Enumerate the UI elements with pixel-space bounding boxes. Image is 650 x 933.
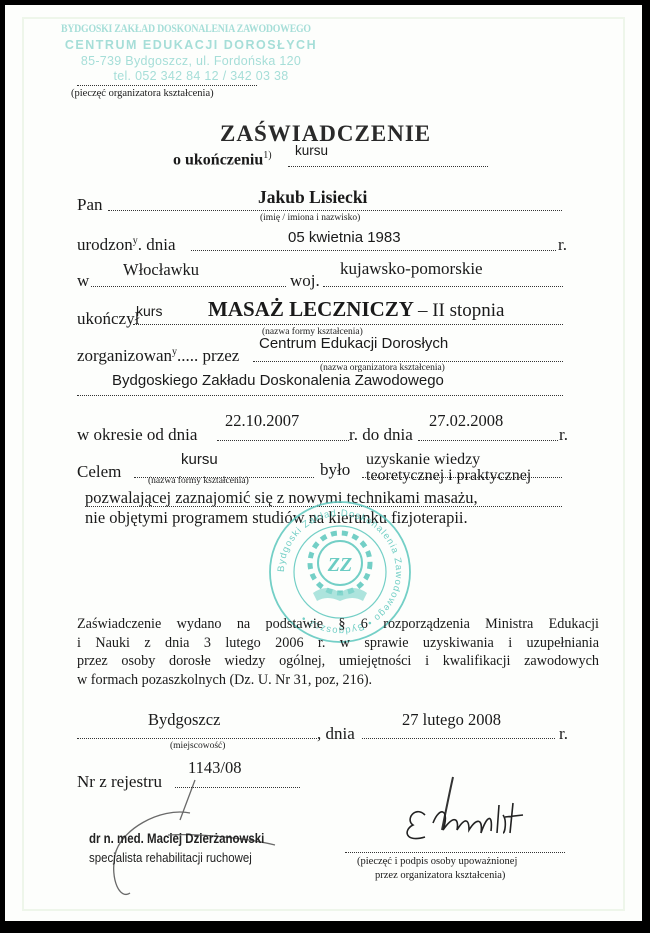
right-signature xyxy=(395,775,555,850)
organizer-line-2-dotted xyxy=(77,395,563,396)
legal-line-4: w formach pozaszkolnych (Dz. U. Nr 31, p… xyxy=(77,671,599,690)
certificate-page: BYDGOSKI ZAKŁAD DOSKONALENIA ZAWODOWEGO … xyxy=(5,5,642,921)
organizer-line-2: Bydgoskiego Zakładu Doskonalenia Zawodow… xyxy=(112,372,444,389)
stamp-dotted-line xyxy=(77,85,257,86)
goal-label-2: było xyxy=(320,460,350,480)
subtitle-value: kursu xyxy=(295,143,328,158)
birth-place-label: w xyxy=(77,271,89,291)
left-signatory-title: specjalista rehabilitacji ruchowej xyxy=(89,850,252,865)
stamp-line-2: CENTRUM EDUKACJI DOROSŁYCH xyxy=(57,38,325,52)
organizer-dotted-line xyxy=(253,361,563,362)
period-mid: r. do dnia xyxy=(349,425,413,445)
birth-date-dotted-line xyxy=(191,250,556,251)
issue-date-label: , dnia xyxy=(317,724,355,744)
stamp-line-3: 85-739 Bydgoszcz, ul. Fordońska 120 xyxy=(57,54,325,68)
period-end: r. xyxy=(559,425,568,445)
legal-line-3: przez osoby dorosłe wiedzy ogólnej, umie… xyxy=(77,652,599,671)
organizer-label: zorganizowany..... przez xyxy=(77,346,239,366)
left-signatory-name: dr n. med. Maciej Dzierżanowski xyxy=(89,831,264,846)
period-from: 22.10.2007 xyxy=(225,411,299,431)
svg-text:ZZ: ZZ xyxy=(327,554,352,576)
issue-date: 27 lutego 2008 xyxy=(402,710,501,730)
issue-place-dotted-line xyxy=(77,738,317,739)
subtitle-dotted-line xyxy=(288,166,488,167)
voivodeship: kujawsko-pomorskie xyxy=(340,259,483,279)
person-name-caption: (imię / imiona i nazwisko) xyxy=(260,213,360,223)
period-label: w okresie od dnia xyxy=(77,425,197,445)
birth-place-dotted-line xyxy=(91,286,286,287)
goal-line-2: teoretycznej i praktycznej xyxy=(366,467,531,485)
stamp-line-4: tel. 052 342 84 12 / 342 03 38 xyxy=(57,69,325,83)
right-signature-caption-1: (pieczęć i podpis osoby upoważnionej xyxy=(357,856,517,867)
goal-form-caption: (nazwa formy kształcenia) xyxy=(148,476,249,486)
voivodeship-label: woj. xyxy=(290,271,320,291)
issue-place-caption: (miejscowość) xyxy=(170,741,225,751)
voivodeship-dotted-line xyxy=(323,286,563,287)
right-signature-dotted-line xyxy=(345,852,565,853)
goal-label: Celem xyxy=(77,462,121,482)
stamp-line-1: BYDGOSKI ZAKŁAD DOSKONALENIA ZAWODOWEGO xyxy=(61,21,277,36)
course-name: MASAŻ LECZNICZY xyxy=(208,297,414,321)
course-level: – II stopnia xyxy=(418,300,505,321)
period-to: 27.02.2008 xyxy=(429,411,503,431)
birth-year-suffix: r. xyxy=(558,235,567,255)
course-label: ukończył xyxy=(77,309,139,329)
course-name-line: MASAŻ LECZNICZY – II stopnia xyxy=(208,297,505,322)
issue-date-dotted-line xyxy=(362,738,555,739)
legal-line-2: i Nauki z dnia 3 lutego 2006 r. w sprawi… xyxy=(77,634,599,653)
person-label: Pan xyxy=(77,195,103,215)
person-dotted-line xyxy=(108,210,562,211)
right-signature-caption-2: przez organizatora kształcenia) xyxy=(375,870,505,881)
subtitle-label: o ukończeniu1) xyxy=(173,150,272,169)
birth-place: Włocławku xyxy=(123,260,199,280)
issue-place: Bydgoszcz xyxy=(148,710,220,730)
birth-date: 05 kwietnia 1983 xyxy=(288,229,401,246)
course-form: kurs xyxy=(136,303,162,319)
organizer-stamp: BYDGOSKI ZAKŁAD DOSKONALENIA ZAWODOWEGO … xyxy=(57,21,325,83)
period-to-dotted-line xyxy=(418,440,558,441)
person-name: Jakub Lisiecki xyxy=(258,187,367,208)
legal-line-1: Zaświadczenie wydano na podstawie § 6 ro… xyxy=(77,615,599,634)
period-from-dotted-line xyxy=(217,440,349,441)
stamp-caption: (pieczęć organizatora kształcenia) xyxy=(71,88,214,99)
birth-label: urodzony. dnia xyxy=(77,235,176,255)
organizer-line-1: Centrum Edukacji Dorosłych xyxy=(259,335,448,352)
goal-form: kursu xyxy=(181,451,218,468)
course-dotted-line xyxy=(133,324,563,325)
issue-date-end: r. xyxy=(559,724,568,744)
legal-basis-paragraph: Zaświadczenie wydano na podstawie § 6 ro… xyxy=(77,615,599,689)
